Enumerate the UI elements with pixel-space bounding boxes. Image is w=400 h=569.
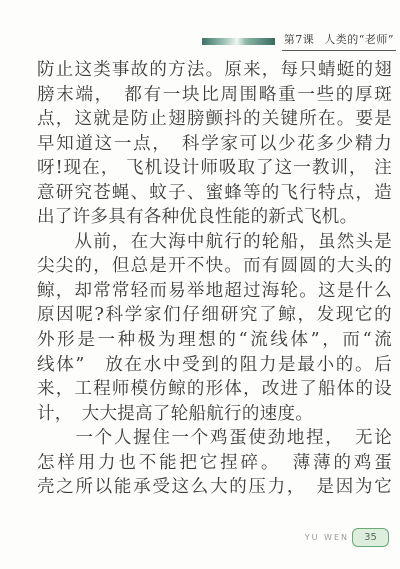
text-line: 线体” 放在水中受到的阻力是最小的。后: [37, 353, 392, 378]
text-line: 意研究苍蝇、蚊子、蜜蜂等的飞行特点，造: [37, 181, 392, 206]
text-line: 防止这类事故的方法。原来，每只蜻蜓的翅: [37, 58, 392, 83]
text-line: 壳之所以能承受这么大的压力， 是因为它: [37, 475, 392, 500]
text-line: 鲸，却常常轻而易举地超过海轮。这是什么: [37, 279, 392, 304]
text-line: 点，这就是防止翅膀颤抖的关键所在。要是: [37, 107, 392, 132]
text-line: 外形是一种极为理想的“流线体”，而“流: [37, 328, 392, 353]
subject-label: YU WEN: [305, 533, 349, 542]
text-line: 呀!现在， 飞机设计师吸取了这一教训， 注: [37, 156, 392, 181]
text-line: 从前，在大海中航行的轮船，虽然头是: [37, 230, 392, 255]
page-header: 第7课人类的“老师”: [202, 31, 396, 51]
page-footer: YU WEN 35: [305, 528, 389, 547]
text-line: 来，工程师模仿鲸的形体，改进了船体的设: [37, 377, 392, 402]
text-line: 原因呢?科学家们仔细研究了鲸，发现它的: [37, 303, 392, 328]
body-text: 防止这类事故的方法。原来，每只蜻蜓的翅 膀末端， 都有一块比周围略重一些的厚斑 …: [37, 58, 392, 500]
text-line: 早知道这一点， 科学家可以少花多少精力: [37, 132, 392, 157]
lesson-title: 人类的“老师”: [324, 33, 394, 46]
text-line: 膀末端， 都有一块比周围略重一些的厚斑: [37, 83, 392, 108]
text-line: 出了许多具有各种优良性能的新式飞机。: [37, 205, 392, 230]
text-line: 计， 大大提高了轮船航行的速度。: [37, 402, 392, 427]
header-title: 第7课人类的“老师”: [282, 31, 396, 51]
header-gradient-bar: [202, 38, 275, 45]
text-line: 尖尖的，但总是开不快。而有圆圆的大头的: [37, 254, 392, 279]
textbook-page: 第7课人类的“老师” 防止这类事故的方法。原来，每只蜻蜓的翅 膀末端， 都有一块…: [0, 0, 400, 569]
text-line: 怎样用力也不能把它捏碎。 薄薄的鸡蛋: [37, 451, 392, 476]
page-number-badge: 35: [352, 528, 389, 547]
text-line: 一个人握住一个鸡蛋使劲地捏， 无论: [37, 426, 392, 451]
lesson-number: 第7课: [284, 33, 315, 46]
